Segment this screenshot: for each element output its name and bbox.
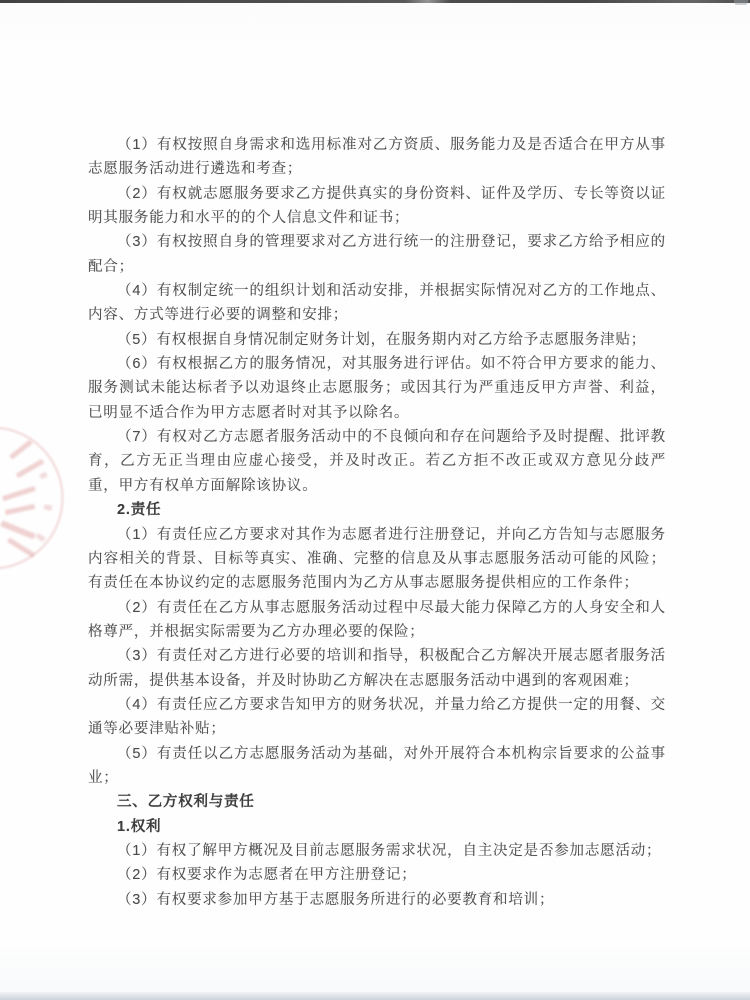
paragraph: （4）有责任应乙方要求告知甲方的财务状况，并量力给乙方提供一定的用餐、交通等必要… xyxy=(88,693,666,742)
paragraph: （2）有权要求作为志愿者在甲方注册登记； xyxy=(88,863,666,887)
paragraph: （3）有权按照自身的管理要求对乙方进行统一的注册登记，要求乙方给予相应的配合； xyxy=(88,230,666,279)
paragraph: （4）有权制定统一的组织计划和活动安排，并根据实际情况对乙方的工作地点、内容、方… xyxy=(88,279,666,328)
paragraph: （3）有权要求参加甲方基于志愿服务所进行的必要教育和培训； xyxy=(88,888,666,912)
paragraph: （5）有责任以乙方志愿服务活动为基础，对外开展符合本机构宗旨要求的公益事业； xyxy=(88,742,666,791)
paragraph: （5）有权根据自身情况制定财务计划，在服务期内对乙方给予志愿服务津贴； xyxy=(88,328,666,352)
paragraph: （2）有权就志愿服务要求乙方提供真实的身份资料、证件及学历、专长等资以证明其服务… xyxy=(88,182,666,231)
section-heading: 2.责任 xyxy=(88,498,666,522)
paragraph: （2）有责任在乙方从事志愿服务活动过程中尽最大能力保障乙方的人身安全和人格尊严，… xyxy=(88,596,666,645)
paragraph: （1）有责任应乙方要求对其作为志愿者进行注册登记，并向乙方告知与志愿服务内容相关… xyxy=(88,523,666,596)
section-heading: 1.权利 xyxy=(88,815,666,839)
paragraph: （3）有责任对乙方进行必要的培训和指导，积极配合乙方解决开展志愿者服务活动所需，… xyxy=(88,644,666,693)
scan-edge-bottom-strip xyxy=(0,992,750,1000)
scanned-document-page: （1）有权按照自身需求和选用标准对乙方资质、服务能力及是否适合在甲方从事志愿服务… xyxy=(0,0,750,1000)
paragraph: （1）有权按照自身需求和选用标准对乙方资质、服务能力及是否适合在甲方从事志愿服务… xyxy=(88,133,666,182)
scan-corner-smudge xyxy=(734,0,748,5)
scan-edge-top-line xyxy=(0,0,750,3)
paragraph: （7）有权对乙方志愿者服务活动中的不良倾向和存在问题给予及时提醒、批评教育，乙方… xyxy=(88,425,666,498)
section-heading: 三、乙方权利与责任 xyxy=(88,790,666,814)
document-body: （1）有权按照自身需求和选用标准对乙方资质、服务能力及是否适合在甲方从事志愿服务… xyxy=(88,133,666,912)
paragraph: （6）有权根据乙方的服务情况，对其服务进行评估。如不符合甲方要求的能力、服务测试… xyxy=(88,352,666,425)
paragraph: （1）有权了解甲方概况及目前志愿服务需求状况，自主决定是否参加志愿活动； xyxy=(88,839,666,863)
